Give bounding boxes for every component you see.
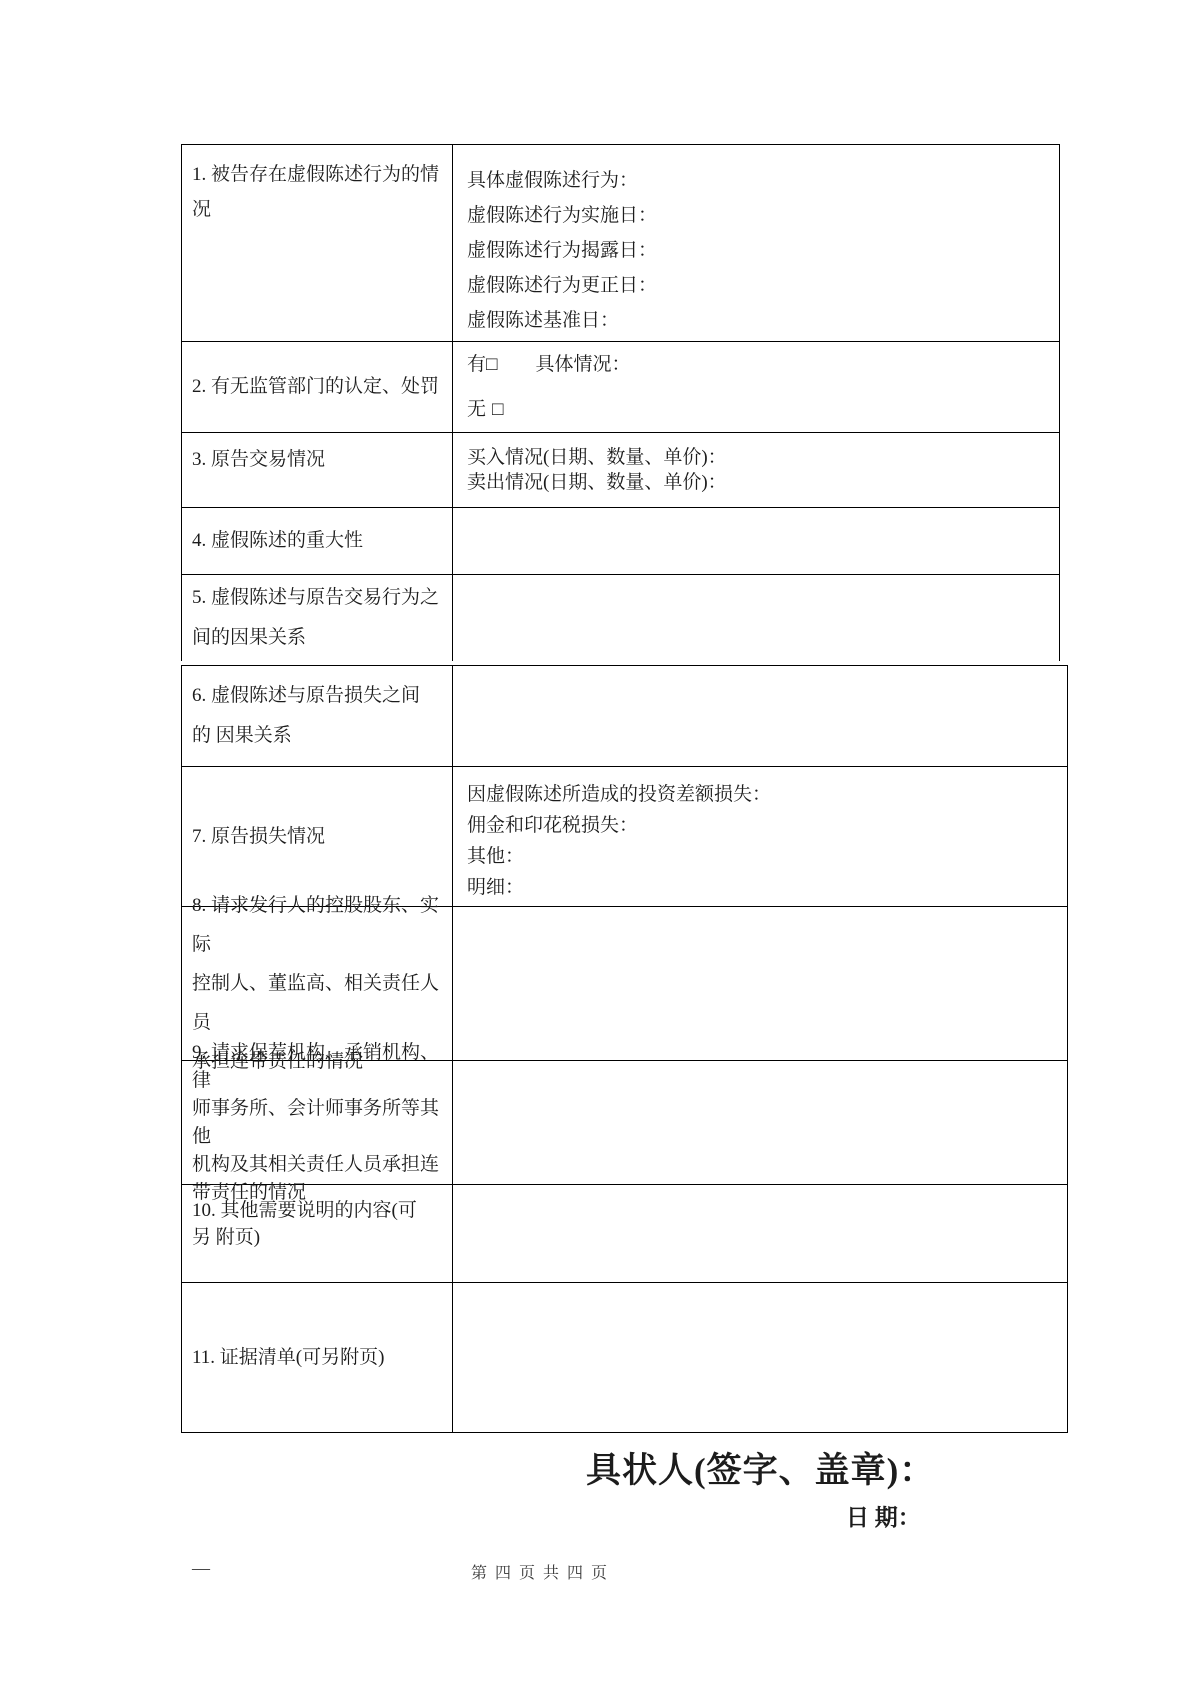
label-text: 1. 被告存在虚假陈述行为的情 bbox=[192, 157, 447, 192]
empty-checkbox-icon: □ bbox=[486, 354, 497, 375]
page-indicator: 第 四 页 共 四 页 bbox=[471, 1560, 607, 1583]
content-text: 虚假陈述行为实施日： bbox=[467, 198, 1051, 233]
row-content-cell bbox=[453, 907, 1067, 1060]
label-text: 8. 请求发行人的控股股东、实际 bbox=[192, 886, 447, 964]
table-row: 5. 虚假陈述与原告交易行为之 间的因果关系 bbox=[182, 574, 1059, 661]
row-label-cell: 8. 请求发行人的控股股东、实际 控制人、董监高、相关责任人员 承担连带责任的情… bbox=[182, 907, 453, 1060]
label-text: 间的因果关系 bbox=[192, 618, 447, 658]
label-text: 4. 虚假陈述的重大性 bbox=[192, 526, 447, 556]
table-row: 4. 虚假陈述的重大性 bbox=[182, 507, 1059, 574]
content-text: 具体虚假陈述行为： bbox=[467, 163, 1051, 198]
row-label-cell: 9. 请求保荐机构、承销机构、律 师事务所、会计师事务所等其他 机构及其相关责任… bbox=[182, 1061, 453, 1184]
row-label-cell: 10. 其他需要说明的内容(可 另 附页) bbox=[182, 1185, 453, 1282]
label-text: 2. 有无监管部门的认定、处罚 bbox=[192, 372, 447, 402]
empty-checkbox-icon: □ bbox=[492, 399, 503, 420]
content-text: 无□ bbox=[467, 387, 1051, 432]
label-text: 5. 虚假陈述与原告交易行为之 bbox=[192, 578, 447, 618]
label-text: 3. 原告交易情况 bbox=[192, 445, 447, 475]
label-text: 10. 其他需要说明的内容(可 bbox=[192, 1197, 447, 1224]
table-row: 9. 请求保荐机构、承销机构、律 师事务所、会计师事务所等其他 机构及其相关责任… bbox=[182, 1060, 1067, 1184]
label-text: 控制人、董监高、相关责任人员 bbox=[192, 964, 447, 1042]
row-content-cell bbox=[453, 1283, 1067, 1432]
table-row: 10. 其他需要说明的内容(可 另 附页) bbox=[182, 1184, 1067, 1282]
row-label-cell: 1. 被告存在虚假陈述行为的情 况 bbox=[182, 145, 453, 341]
label-text: 机构及其相关责任人员承担连 bbox=[192, 1151, 447, 1179]
label-text: 6. 虚假陈述与原告损失之间 bbox=[192, 676, 447, 716]
content-text: 明细： bbox=[467, 872, 1059, 903]
label-text: 7. 原告损失情况 bbox=[192, 822, 447, 852]
content-text: 有□具体情况： bbox=[467, 342, 1051, 387]
claim-table-part-1: 1. 被告存在虚假陈述行为的情 况 具体虚假陈述行为： 虚假陈述行为实施日： 虚… bbox=[181, 144, 1060, 661]
row-content-cell: 有□具体情况： 无□ bbox=[453, 342, 1059, 432]
content-text: 佣金和印花税损失： bbox=[467, 810, 1059, 841]
row-label-cell: 6. 虚假陈述与原告损失之间 的 因果关系 bbox=[182, 666, 453, 766]
content-text: 虚假陈述基准日： bbox=[467, 303, 1051, 338]
content-text: 买入情况(日期、数量、单价)： bbox=[467, 445, 1051, 470]
row-label-cell: 11. 证据清单(可另附页) bbox=[182, 1283, 453, 1432]
table-row: 2. 有无监管部门的认定、处罚 有□具体情况： 无□ bbox=[182, 341, 1059, 432]
row-content-cell bbox=[453, 666, 1067, 766]
table-row: 3. 原告交易情况 买入情况(日期、数量、单价)： 卖出情况(日期、数量、单价)… bbox=[182, 432, 1059, 507]
page-dash: — bbox=[192, 1558, 210, 1579]
label-text: 另 附页) bbox=[192, 1224, 447, 1251]
table-row: 6. 虚假陈述与原告损失之间 的 因果关系 bbox=[182, 666, 1067, 766]
content-text: 其他： bbox=[467, 841, 1059, 872]
row-content-cell bbox=[453, 575, 1059, 661]
row-label-cell: 5. 虚假陈述与原告交易行为之 间的因果关系 bbox=[182, 575, 453, 661]
row-content-cell bbox=[453, 1185, 1067, 1282]
row-label-cell: 3. 原告交易情况 bbox=[182, 433, 453, 507]
table-row: 8. 请求发行人的控股股东、实际 控制人、董监高、相关责任人员 承担连带责任的情… bbox=[182, 906, 1067, 1060]
row-content-cell: 因虚假陈述所造成的投资差额损失： 佣金和印花税损失： 其他： 明细： bbox=[453, 767, 1067, 906]
document-page: 1. 被告存在虚假陈述行为的情 况 具体虚假陈述行为： 虚假陈述行为实施日： 虚… bbox=[0, 0, 1190, 1683]
row-content-cell: 买入情况(日期、数量、单价)： 卖出情况(日期、数量、单价)： bbox=[453, 433, 1059, 507]
table-row: 7. 原告损失情况 因虚假陈述所造成的投资差额损失： 佣金和印花税损失： 其他：… bbox=[182, 766, 1067, 906]
label-text: 的 因果关系 bbox=[192, 716, 447, 756]
date-label: 日 期： bbox=[846, 1499, 921, 1532]
row-label-cell: 2. 有无监管部门的认定、处罚 bbox=[182, 342, 453, 432]
content-text: 因虚假陈述所造成的投资差额损失： bbox=[467, 779, 1059, 810]
content-text: 卖出情况(日期、数量、单价)： bbox=[467, 470, 1051, 495]
label-text: 11. 证据清单(可另附页) bbox=[192, 1343, 447, 1373]
label-text: 师事务所、会计师事务所等其他 bbox=[192, 1095, 447, 1151]
yes-label: 有 bbox=[467, 354, 486, 375]
table-row: 1. 被告存在虚假陈述行为的情 况 具体虚假陈述行为： 虚假陈述行为实施日： 虚… bbox=[182, 145, 1059, 341]
signer-signature-label: 具状人(签字、盖章)： bbox=[586, 1443, 935, 1493]
label-text: 9. 请求保荐机构、承销机构、律 bbox=[192, 1039, 447, 1095]
row-content-cell bbox=[453, 508, 1059, 574]
content-text: 虚假陈述行为更正日： bbox=[467, 268, 1051, 303]
label-text: 况 bbox=[192, 192, 447, 227]
row-label-cell: 4. 虚假陈述的重大性 bbox=[182, 508, 453, 574]
content-text: 虚假陈述行为揭露日： bbox=[467, 233, 1051, 268]
claim-table-part-2: 6. 虚假陈述与原告损失之间 的 因果关系 7. 原告损失情况 因虚假陈述所造成… bbox=[181, 665, 1068, 1433]
detail-label: 具体情况： bbox=[536, 354, 631, 375]
no-label: 无 bbox=[467, 399, 486, 420]
table-row: 11. 证据清单(可另附页) bbox=[182, 1282, 1067, 1432]
row-content-cell: 具体虚假陈述行为： 虚假陈述行为实施日： 虚假陈述行为揭露日： 虚假陈述行为更正… bbox=[453, 145, 1059, 341]
row-content-cell bbox=[453, 1061, 1067, 1184]
